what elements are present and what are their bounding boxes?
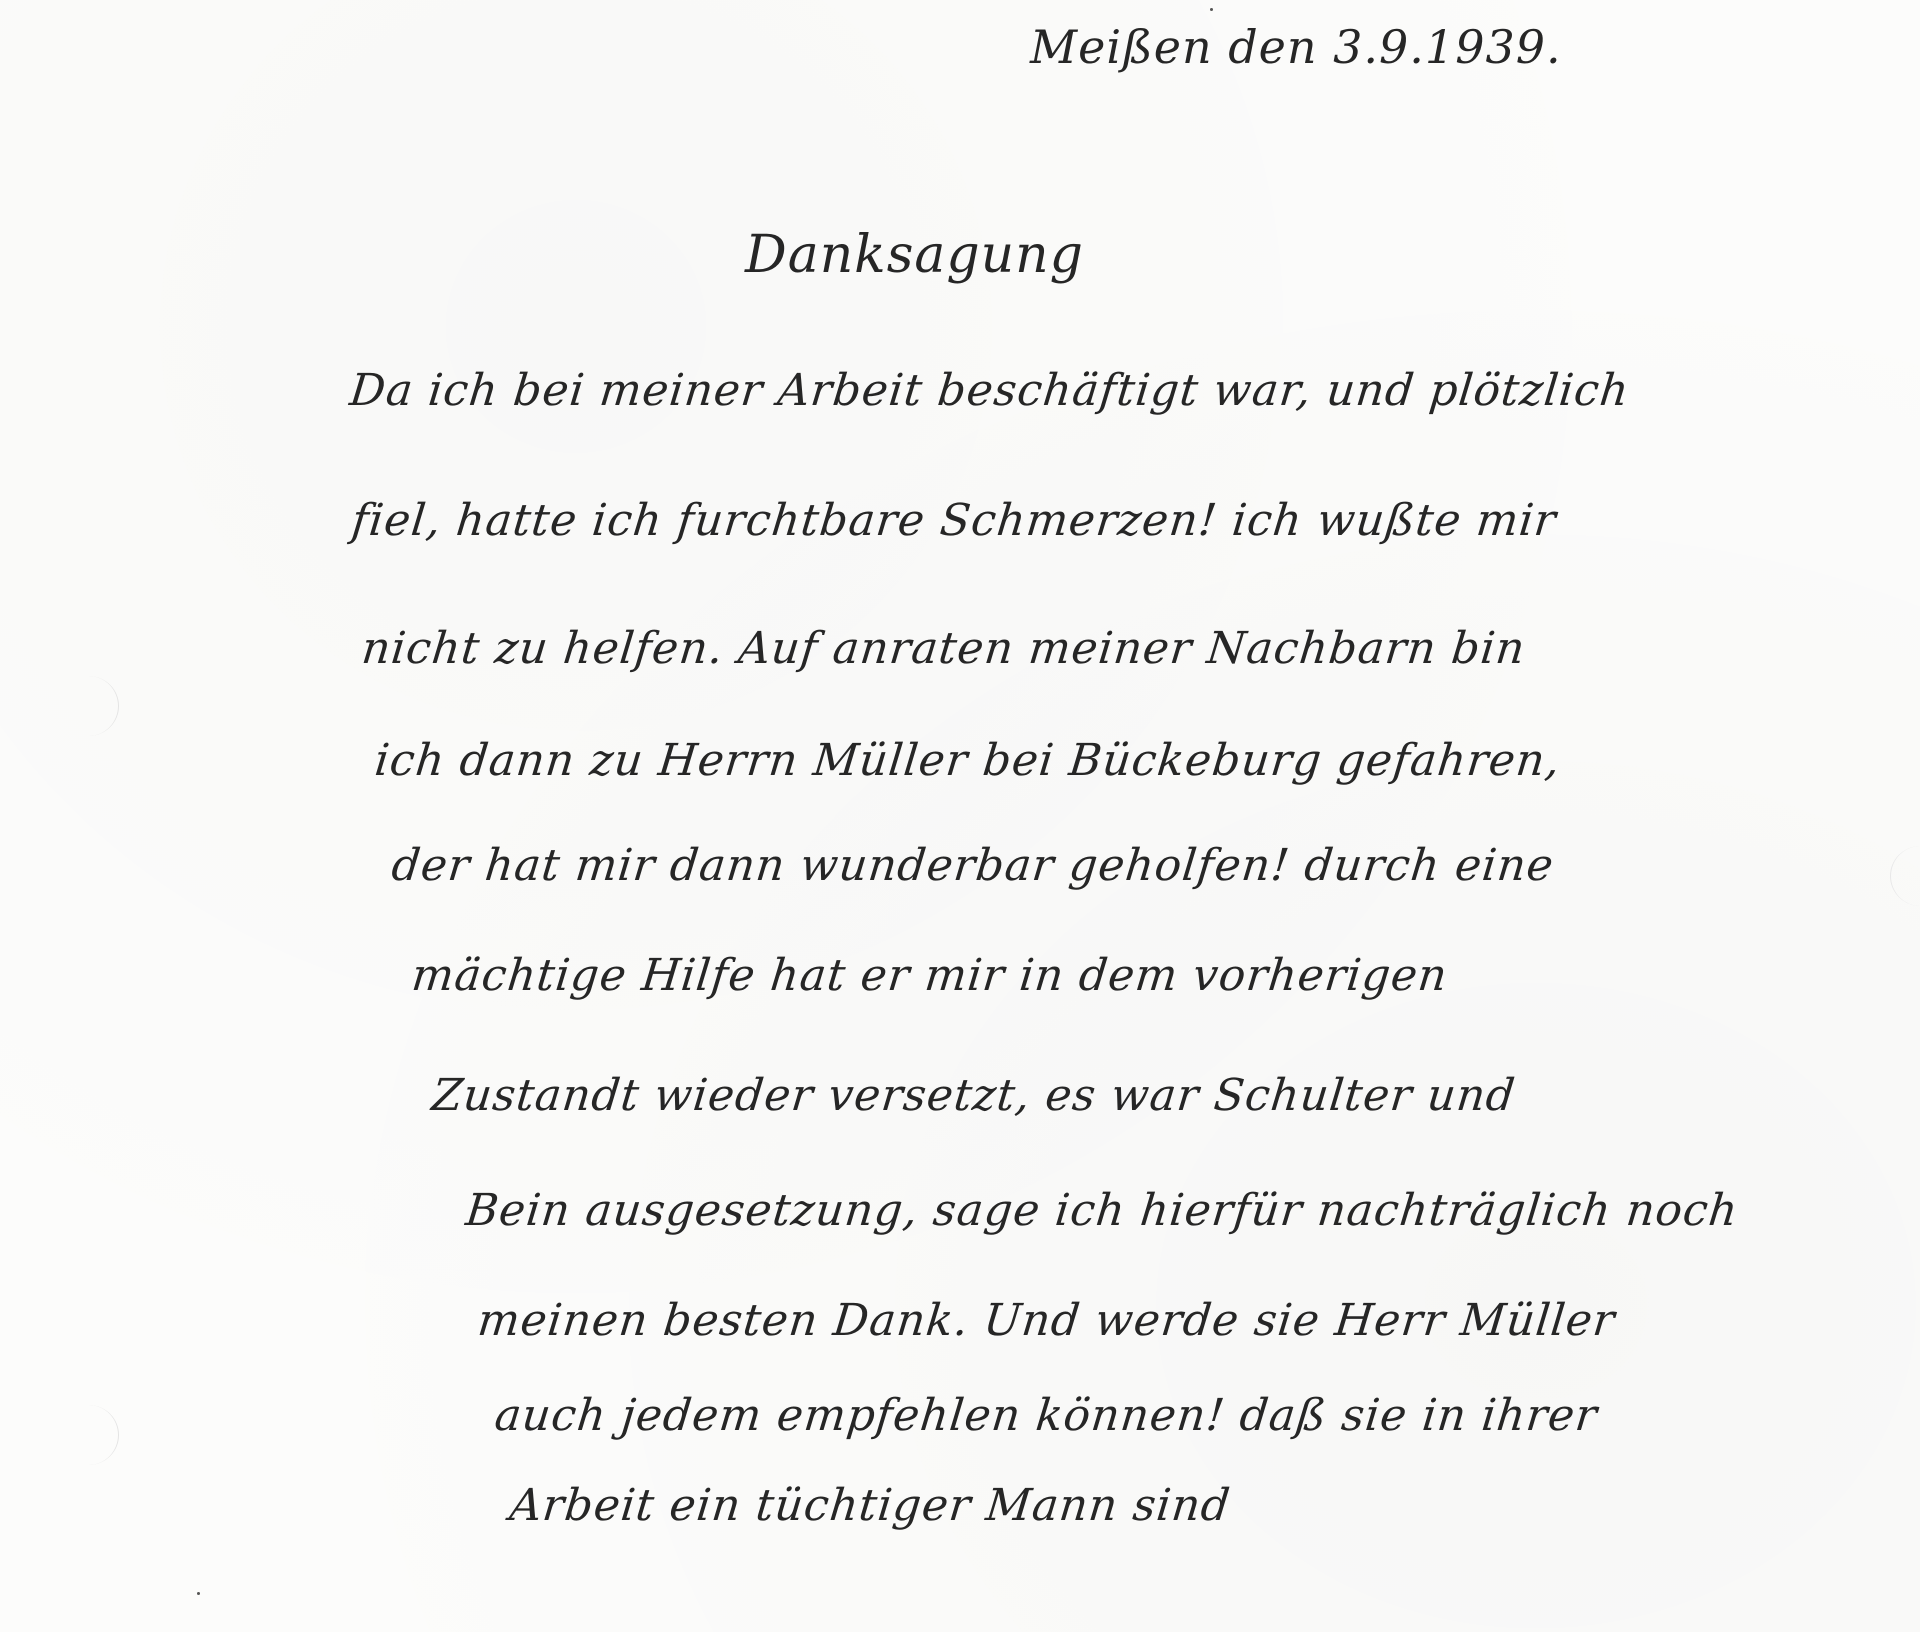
punch-hole xyxy=(58,676,119,736)
letter-line: der hat mir dann wunderbar geholfen! dur… xyxy=(389,840,1556,891)
letter-line: Bein ausgesetzung, sage ich hierfür nach… xyxy=(463,1185,1741,1236)
ink-speck xyxy=(1210,8,1213,11)
date-line: Meißen den 3.9.1939. xyxy=(1030,20,1562,74)
letter-line: meinen besten Dank. Und werde sie Herr M… xyxy=(475,1295,1617,1346)
punch-hole xyxy=(58,1405,119,1465)
letter-line: Zustandt wieder versetzt, es war Schulte… xyxy=(429,1070,1518,1121)
letter-line: Da ich bei meiner Arbeit beschäftigt war… xyxy=(347,365,1632,416)
letter-line: Arbeit ein tüchtiger Mann sind xyxy=(507,1480,1233,1531)
letter-title: Danksagung xyxy=(745,225,1084,285)
ink-speck xyxy=(197,1592,200,1595)
letter-line: auch jedem empfehlen können! daß sie in … xyxy=(492,1390,1600,1441)
letter-line: fiel, hatte ich furchtbare Schmerzen! ic… xyxy=(349,495,1559,546)
letter-line: ich dann zu Herrn Müller bei Bückeburg g… xyxy=(372,735,1563,786)
letter-line: mächtige Hilfe hat er mir in dem vorheri… xyxy=(409,950,1450,1001)
letter-line: nicht zu helfen. Auf anraten meiner Nach… xyxy=(359,623,1528,674)
